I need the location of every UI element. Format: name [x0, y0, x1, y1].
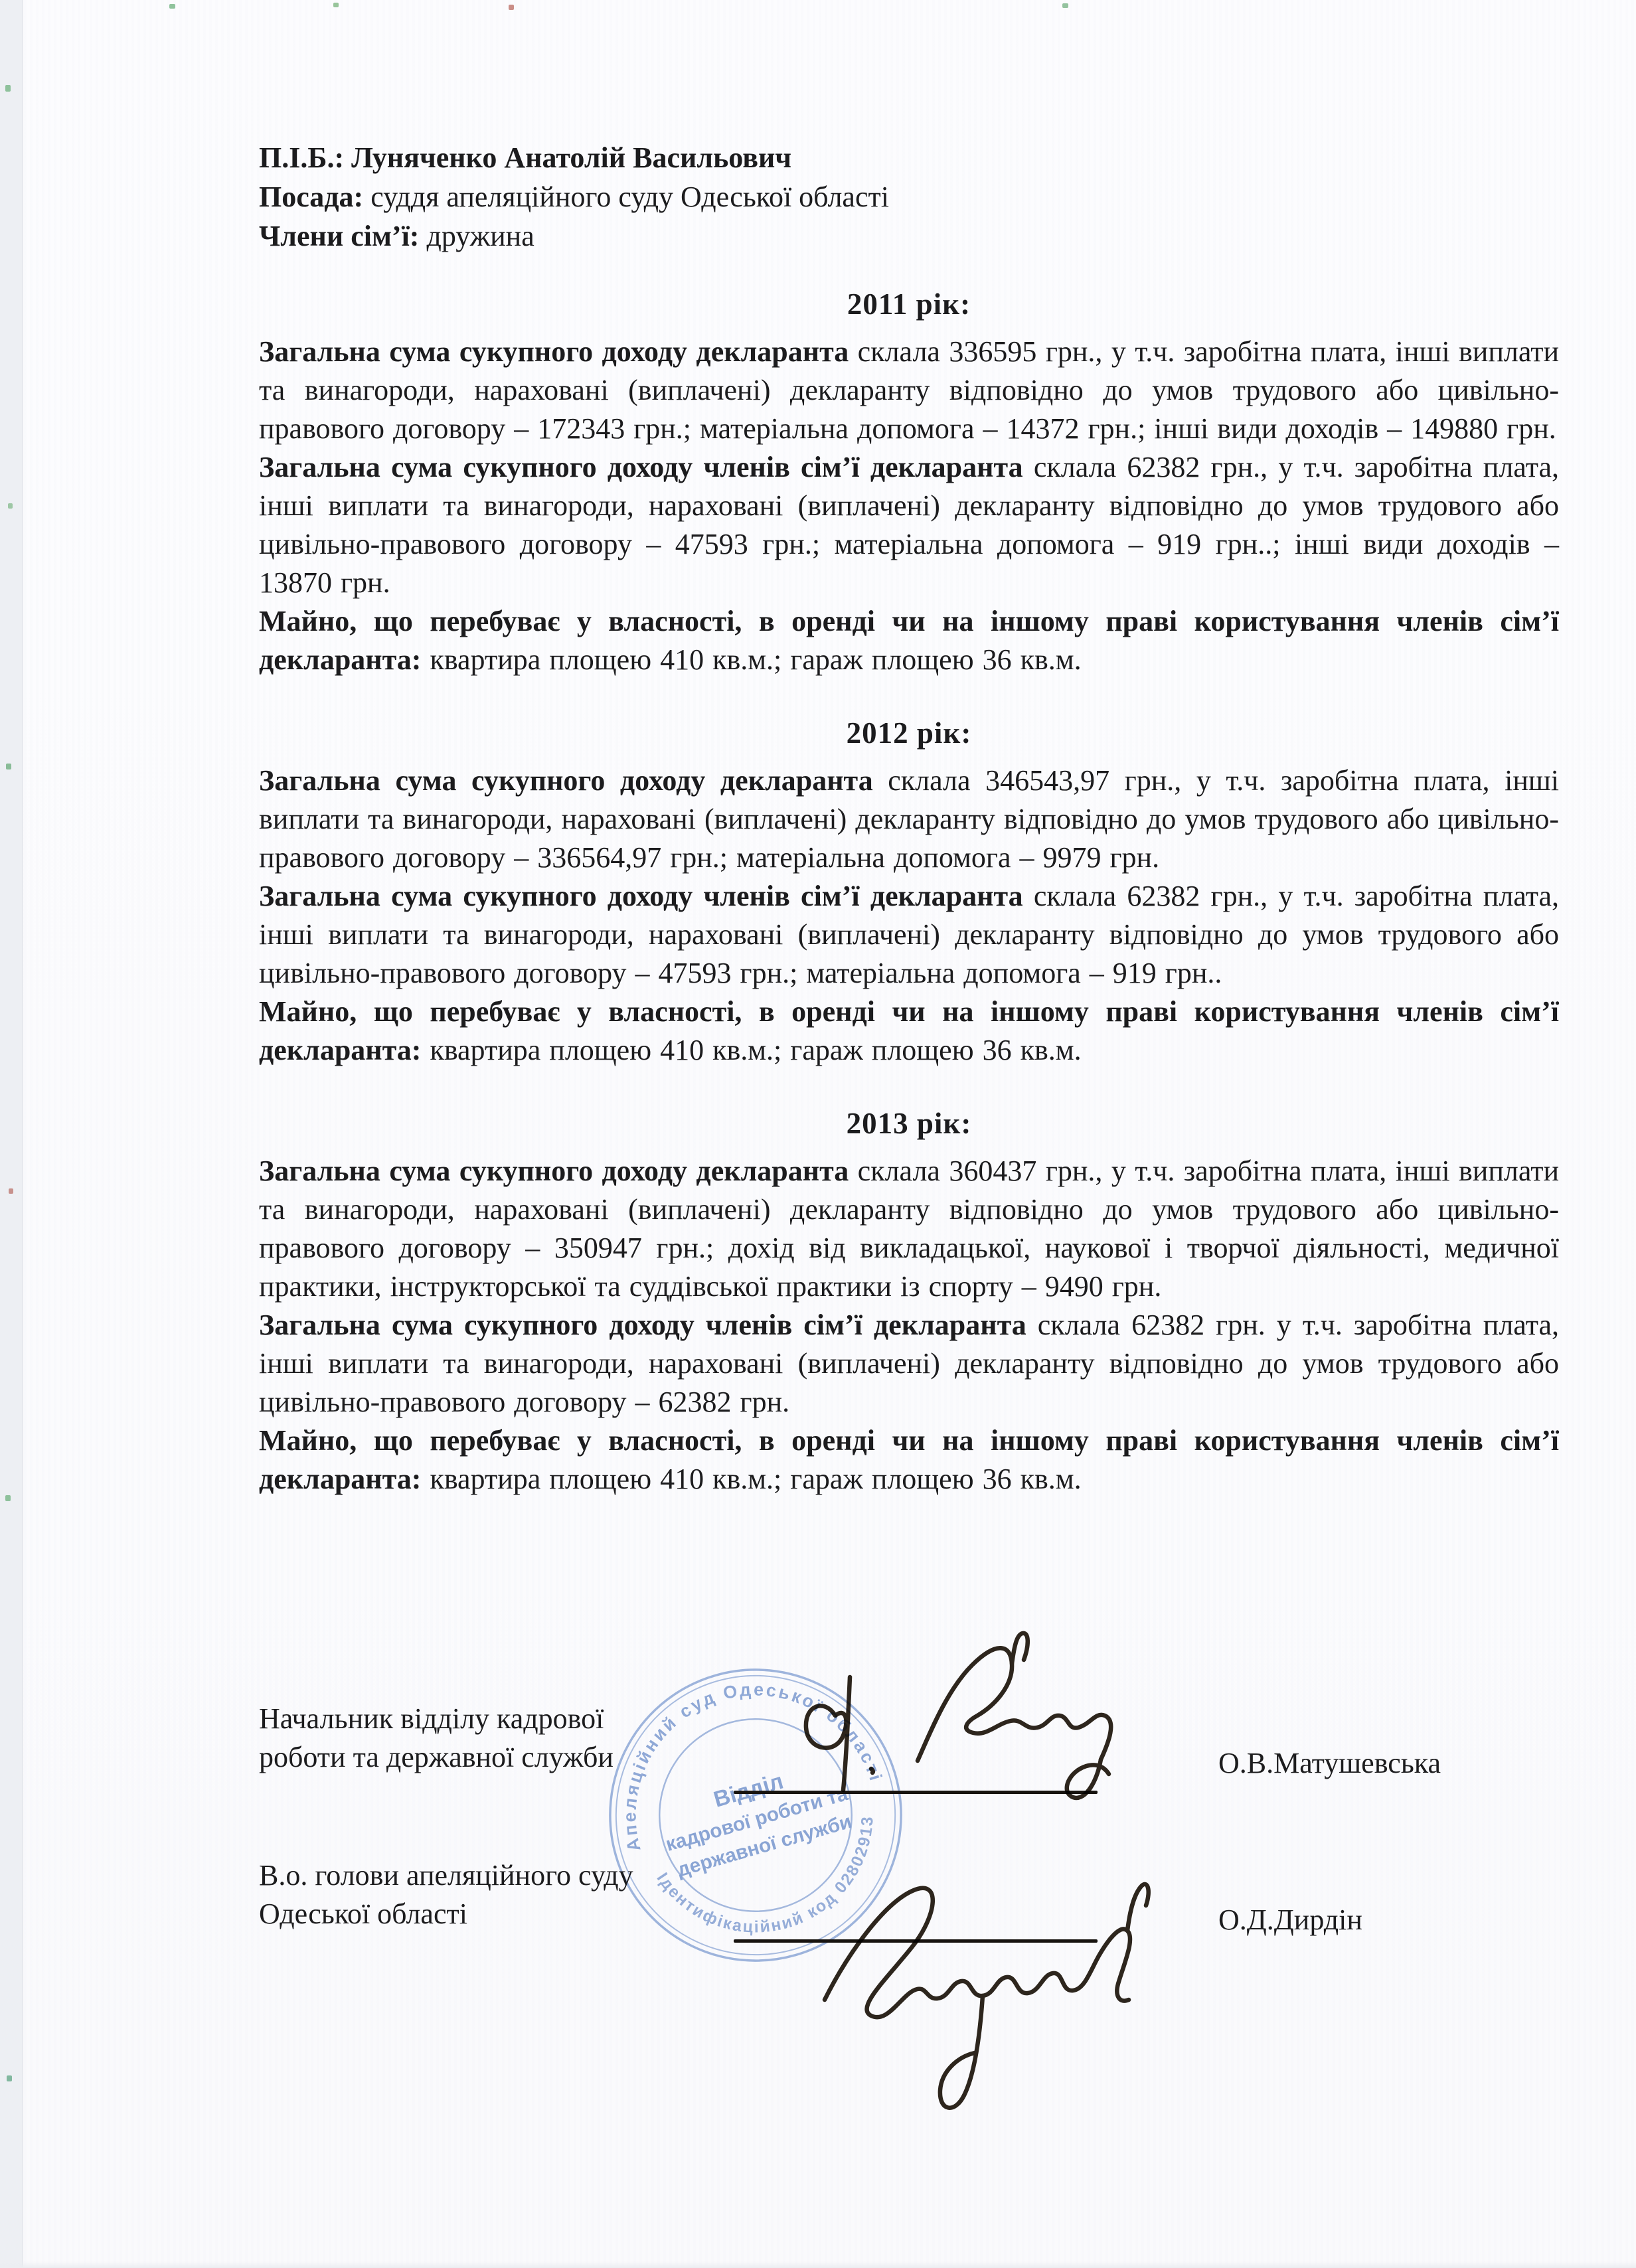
official-2-title-line1: В.о. голови апеляційного суду — [259, 1856, 633, 1895]
official-1-title-line2: роботи та державної служби — [259, 1738, 613, 1777]
scanned-declaration-page: П.І.Б.: Луняченко Анатолій Васильович По… — [0, 0, 1636, 2268]
field-name-value: Луняченко Анатолій Васильович — [344, 141, 791, 174]
paragraph-property-2013: Майно, що перебуває у власності, в оренд… — [259, 1421, 1559, 1498]
document-body: П.І.Б.: Луняченко Анатолій Васильович По… — [259, 138, 1559, 1498]
paragraph-income-family-2011: Загальна сума сукупного доходу членів сі… — [259, 448, 1559, 602]
paragraph-income-family-2013: Загальна сума сукупного доходу членів сі… — [259, 1306, 1559, 1421]
field-position-label: Посада: — [259, 181, 363, 213]
paragraph-property-2012: Майно, що перебуває у власності, в оренд… — [259, 993, 1559, 1070]
paragraph-text: квартира площею 410 кв.м.; гараж площею … — [421, 1034, 1081, 1066]
scan-artifact — [9, 1188, 13, 1194]
section-title-2012: 2012 рік: — [259, 716, 1559, 750]
field-position: Посада: суддя апеляційного суду Одеської… — [259, 177, 1559, 216]
official-2-name: О.Д.Дирдін — [1218, 1903, 1362, 1937]
paragraph-income-declarant-2012: Загальна сума сукупного доходу декларант… — [259, 762, 1559, 877]
scan-artifact — [333, 3, 339, 7]
paragraph-income-family-2012: Загальна сума сукупного доходу членів сі… — [259, 877, 1559, 993]
field-family: Члени сім’ї: дружина — [259, 216, 1559, 256]
scan-edge-shadow — [0, 0, 23, 2268]
field-position-value: суддя апеляційного суду Одеської області — [363, 181, 889, 213]
paragraph-property-2011: Майно, що перебуває у власності, в оренд… — [259, 602, 1559, 679]
paragraph-lead: Загальна сума сукупного доходу декларант… — [259, 764, 873, 797]
signature-1 — [750, 1628, 1149, 1827]
scan-artifact — [5, 85, 11, 92]
paragraph-lead: Загальна сума сукупного доходу членів сі… — [259, 1309, 1026, 1341]
scan-artifact — [6, 764, 11, 769]
paragraph-income-declarant-2011: Загальна сума сукупного доходу декларант… — [259, 333, 1559, 448]
scan-artifact — [7, 2075, 12, 2081]
field-name: П.І.Б.: Луняченко Анатолій Васильович — [259, 138, 1559, 177]
official-1-name: О.В.Матушевська — [1218, 1746, 1441, 1780]
official-2-title-line2: Одеської області — [259, 1895, 467, 1933]
paragraph-income-declarant-2013: Загальна сума сукупного доходу декларант… — [259, 1152, 1559, 1306]
field-family-label: Члени сім’ї: — [259, 220, 419, 252]
scan-artifact — [509, 5, 514, 10]
scan-artifact — [8, 503, 13, 509]
field-name-label: П.І.Б.: — [259, 141, 344, 174]
paragraph-text: квартира площею 410 кв.м.; гараж площею … — [421, 1463, 1081, 1495]
scan-edge-shadow-bottom — [0, 2261, 1636, 2268]
paragraph-lead: Загальна сума сукупного доходу членів сі… — [259, 880, 1023, 912]
paragraph-lead: Загальна сума сукупного доходу декларант… — [259, 335, 849, 368]
paragraph-text: квартира площею 410 кв.м.; гараж площею … — [421, 643, 1081, 676]
section-title-2011: 2011 рік: — [259, 287, 1559, 321]
paragraph-lead: Загальна сума сукупного доходу членів сі… — [259, 451, 1023, 483]
signature-2 — [764, 1840, 1175, 2126]
field-family-value: дружина — [419, 220, 534, 252]
scan-artifact — [169, 4, 175, 9]
official-1-title-line1: Начальник відділу кадрової — [259, 1700, 604, 1738]
paragraph-lead: Загальна сума сукупного доходу декларант… — [259, 1155, 849, 1187]
scan-artifact — [1062, 3, 1068, 8]
section-title-2013: 2013 рік: — [259, 1107, 1559, 1140]
scan-artifact — [5, 1495, 11, 1501]
